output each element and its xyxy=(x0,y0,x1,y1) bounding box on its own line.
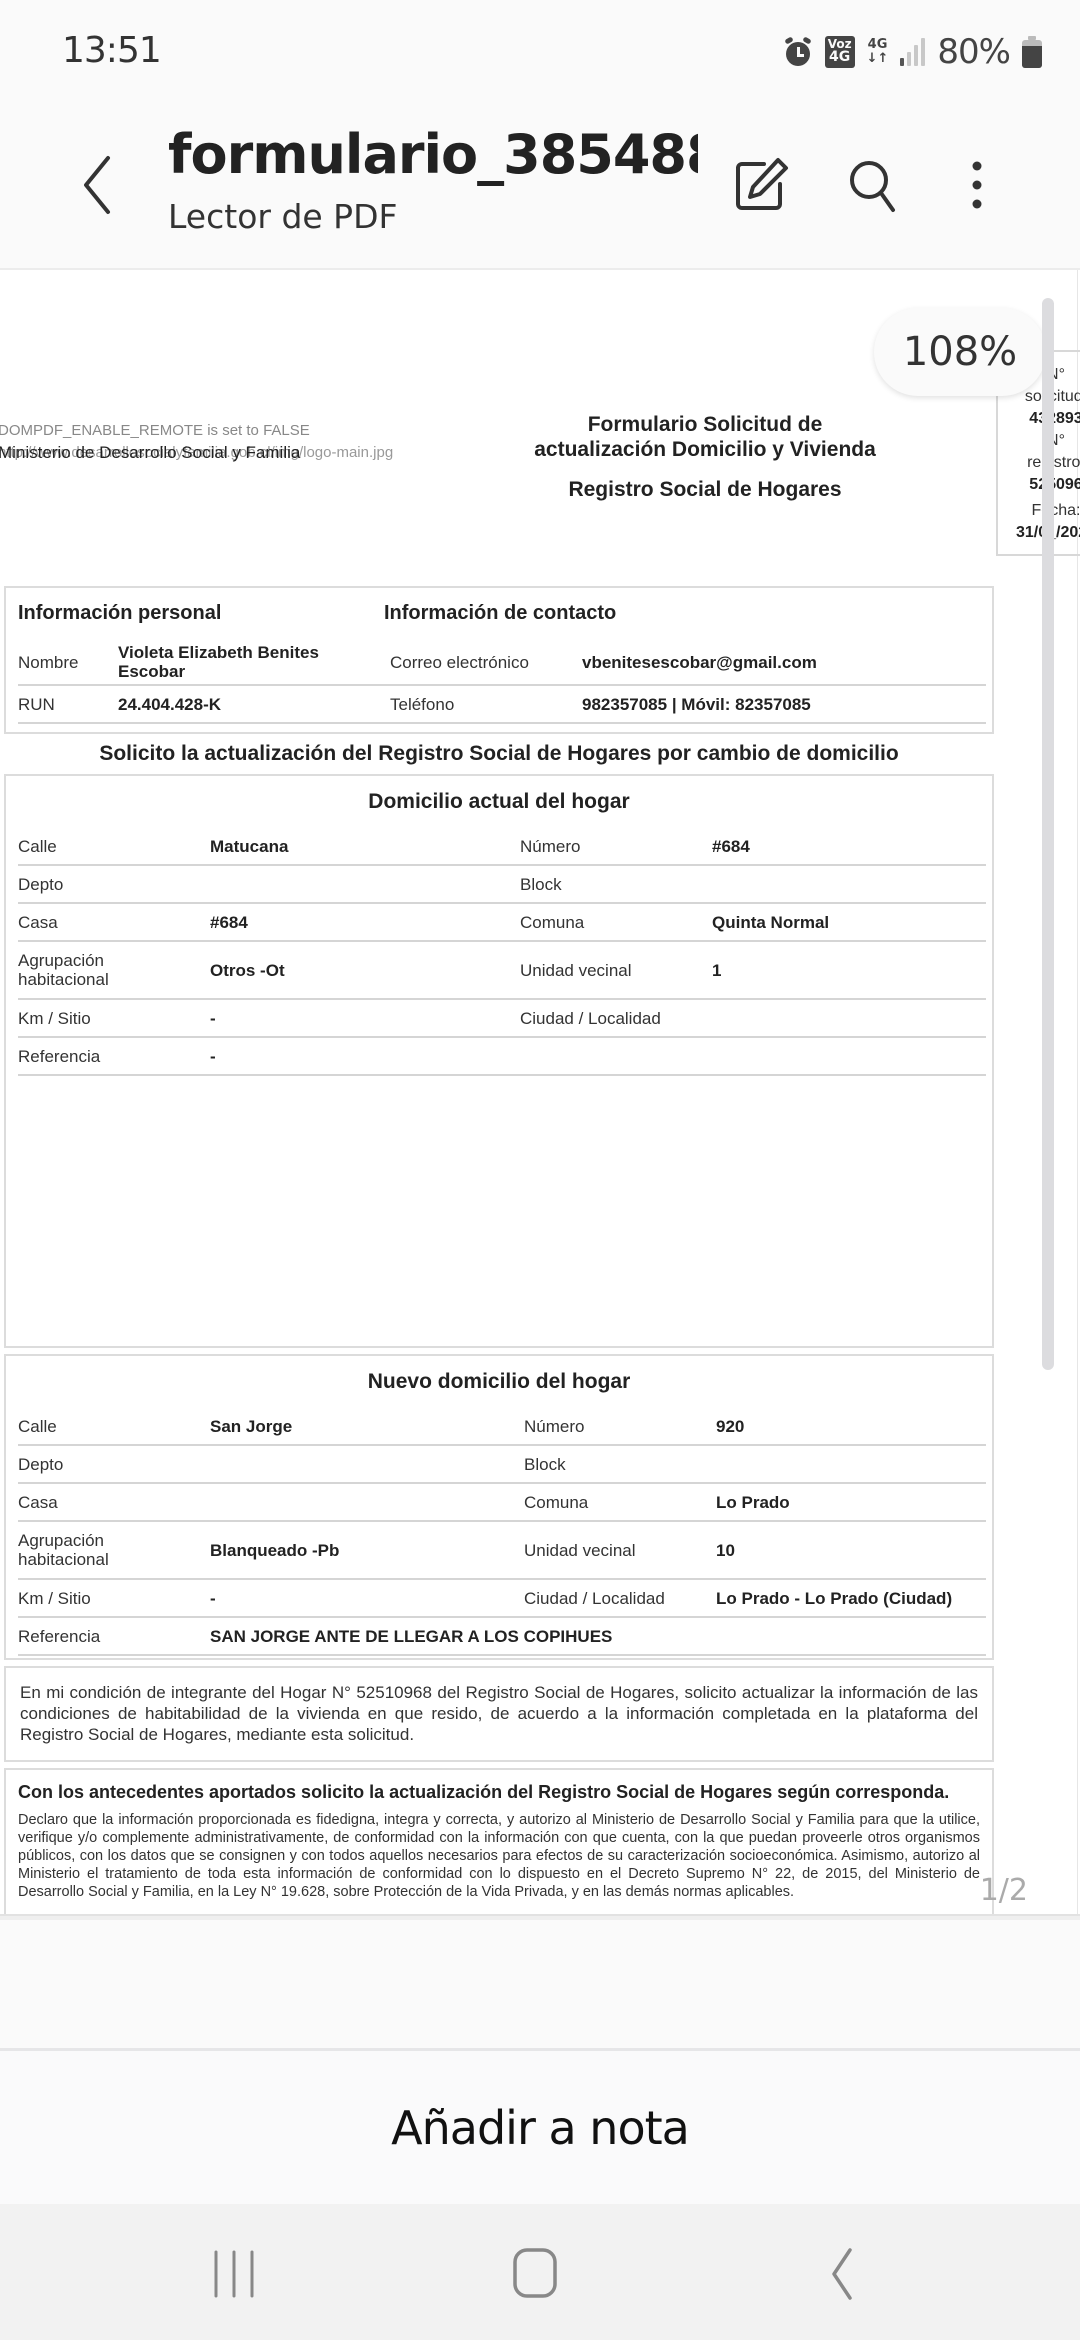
home-icon xyxy=(495,2240,575,2304)
status-time: 13:51 xyxy=(62,30,161,71)
search-button[interactable] xyxy=(838,150,908,220)
edit-button[interactable] xyxy=(726,150,796,220)
statement-text: En mi condición de integrante del Hogar … xyxy=(20,1682,978,1745)
pdf-page-1: DOMPDF_ENABLE_REMOTE is set to FALSE htt… xyxy=(0,270,1078,1920)
declaration-heading: Con los antecedentes aportados solicito … xyxy=(18,1782,980,1803)
page-separator xyxy=(0,1914,1080,1920)
request-heading: Solicito la actualización del Registro S… xyxy=(4,742,994,766)
4g-data-icon: 4G ↓↑ xyxy=(867,38,889,66)
info-row: Nombre Violeta Elizabeth Benites Escobar… xyxy=(18,640,986,686)
address-row: Km / Sitio-Ciudad / LocalidadLo Prado - … xyxy=(18,1580,986,1618)
signal-icon xyxy=(900,38,925,66)
back-button[interactable] xyxy=(78,150,118,220)
new-address-box: Nuevo domicilio del hogar CalleSan Jorge… xyxy=(4,1354,994,1660)
pdf-viewport[interactable]: DOMPDF_ENABLE_REMOTE is set to FALSE htt… xyxy=(0,270,1080,1920)
edit-icon xyxy=(726,150,796,220)
registro-number: 525096 xyxy=(1029,476,1080,493)
info-row: RUN 24.404.428-K Teléfono 982357085 | Mó… xyxy=(18,686,986,724)
ministry-name: Ministerio de Desarrollo Social y Famili… xyxy=(0,443,300,463)
volte-icon: Voz 4G xyxy=(825,36,855,68)
home-button[interactable] xyxy=(495,2240,575,2304)
form-title: Formulario Solicitud de actualización Do… xyxy=(520,412,890,462)
back-nav-icon xyxy=(798,2240,878,2304)
document-title: formulario_385488... xyxy=(168,123,698,186)
recent-apps-button[interactable] xyxy=(194,2240,274,2304)
page-indicator: 1/2 xyxy=(980,1873,1028,1908)
address-row: Agrupación habitacionalBlanqueado -PbUni… xyxy=(18,1522,986,1580)
statement-box: En mi condición de integrante del Hogar … xyxy=(4,1666,994,1762)
more-options-icon xyxy=(942,150,1012,220)
new-address-heading: Nuevo domicilio del hogar xyxy=(6,1370,992,1394)
current-address-box: Domicilio actual del hogar CalleMatucana… xyxy=(4,774,994,1348)
system-back-button[interactable] xyxy=(798,2240,878,2304)
search-icon xyxy=(838,150,908,220)
address-row: CasaComunaLo Prado xyxy=(18,1484,986,1522)
scrollbar-thumb[interactable] xyxy=(1042,298,1054,1370)
app-bar: formulario_385488... Lector de PDF xyxy=(0,105,1080,270)
dompdf-warning: DOMPDF_ENABLE_REMOTE is set to FALSE xyxy=(0,422,310,439)
status-bar: 13:51 Voz 4G 4G ↓↑ 80% xyxy=(0,0,1080,105)
declaration-text: Declaro que la información proporcionada… xyxy=(18,1811,980,1901)
address-row: CalleMatucanaNúmero#684 xyxy=(18,828,986,866)
run-value: 24.404.428-K xyxy=(118,686,221,722)
address-row: DeptoBlock xyxy=(18,1446,986,1484)
add-to-note-button[interactable]: Añadir a nota xyxy=(0,2048,1080,2204)
address-row: Casa#684ComunaQuinta Normal xyxy=(18,904,986,942)
recent-apps-icon xyxy=(194,2240,274,2304)
more-options-button[interactable] xyxy=(942,150,1012,220)
battery-icon xyxy=(1022,36,1042,68)
current-address-heading: Domicilio actual del hogar xyxy=(6,790,992,814)
address-row: CalleSan JorgeNúmero920 xyxy=(18,1408,986,1446)
navigation-bar xyxy=(0,2204,1080,2340)
email-value: vbenitesescobar@gmail.com xyxy=(582,640,817,684)
address-row: Referencia- xyxy=(18,1038,986,1076)
declaration-box: Con los antecedentes aportados solicito … xyxy=(4,1768,994,1920)
solicitud-number: 432893 xyxy=(1029,410,1080,427)
address-row: DeptoBlock xyxy=(18,866,986,904)
address-row: Agrupación habitacionalOtros -OtUnidad v… xyxy=(18,942,986,1000)
app-subtitle: Lector de PDF xyxy=(168,197,397,236)
personal-info-heading: Información personal xyxy=(18,602,221,625)
phone-value: 982357085 | Móvil: 82357085 xyxy=(582,686,811,722)
zoom-level-indicator: 108% xyxy=(874,308,1046,396)
address-row: ReferenciaSAN JORGE ANTE DE LLEGAR A LOS… xyxy=(18,1618,986,1656)
alarm-icon xyxy=(783,37,813,67)
back-icon xyxy=(78,150,118,220)
form-subtitle: Registro Social de Hogares xyxy=(520,478,890,502)
status-icons: Voz 4G 4G ↓↑ 80% xyxy=(783,32,1042,72)
battery-percent: 80% xyxy=(937,32,1010,72)
contact-info-heading: Información de contacto xyxy=(384,602,616,625)
address-row: Km / Sitio-Ciudad / Localidad xyxy=(18,1000,986,1038)
personal-info-box: Información personal Información de cont… xyxy=(4,586,994,734)
